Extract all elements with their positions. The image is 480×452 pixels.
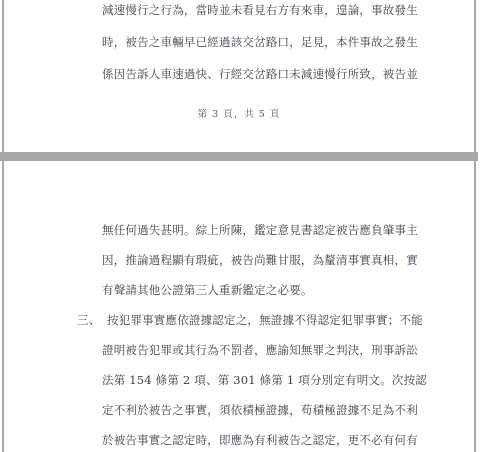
text-line: 證明被告犯罪或其行為不罰者，應諭知無罪之判決，刑事訴訟 <box>102 342 418 358</box>
text-line: 時，被告之車輛早已經過該交岔路口，足見，本件事故之發生 <box>102 34 418 50</box>
text-line: 有聲請其他公證第三人重新鑑定之必要。 <box>102 282 313 298</box>
text-line: 於被告事實之認定時，即應為有利被告之認定，更不必有何有 <box>102 432 418 448</box>
pdf-page-3: 減速慢行之行為，當時並未看見右方有來車，遑論，事故發生 時，被告之車輛早已經過該… <box>2 0 476 152</box>
text-line: 係因告訴人車速過快、行經交岔路口未減速慢行所致，被告並 <box>102 66 418 82</box>
text-line: 法第 154 條第 2 項、第 301 條第 1 項分別定有明文。次按認 <box>102 372 427 388</box>
text-line: 無任何過失甚明。綜上所陳，鑑定意見書認定被告應負肇事主 <box>102 222 418 238</box>
text-line: 因，推論過程顯有瑕疵，被告尚難甘服，為釐清事實真相，實 <box>102 252 418 268</box>
list-item-marker: 三、 <box>77 312 107 328</box>
document-viewer: 減速慢行之行為，當時並未看見右方有來車，遑論，事故發生 時，被告之車輛早已經過該… <box>0 0 480 452</box>
list-item-text: 按犯罪事實應依證據認定之，無證據不得認定犯罪事實；不能 <box>107 313 423 327</box>
text-line: 定不利於被告之事實，須依積極證據，苟積極證據不足為不利 <box>102 402 418 418</box>
page-number-footer: 第 3 頁，共 5 頁 <box>4 106 474 120</box>
text-line: 減速慢行之行為，當時並未看見右方有來車，遑論，事故發生 <box>102 2 418 18</box>
page-separator <box>0 152 478 161</box>
list-item-line: 三、按犯罪事實應依證據認定之，無證據不得認定犯罪事實；不能 <box>77 312 423 328</box>
pdf-page-4: 無任何過失甚明。綜上所陳，鑑定意見書認定被告應負肇事主 因，推論過程顯有瑕疵，被… <box>2 161 476 452</box>
